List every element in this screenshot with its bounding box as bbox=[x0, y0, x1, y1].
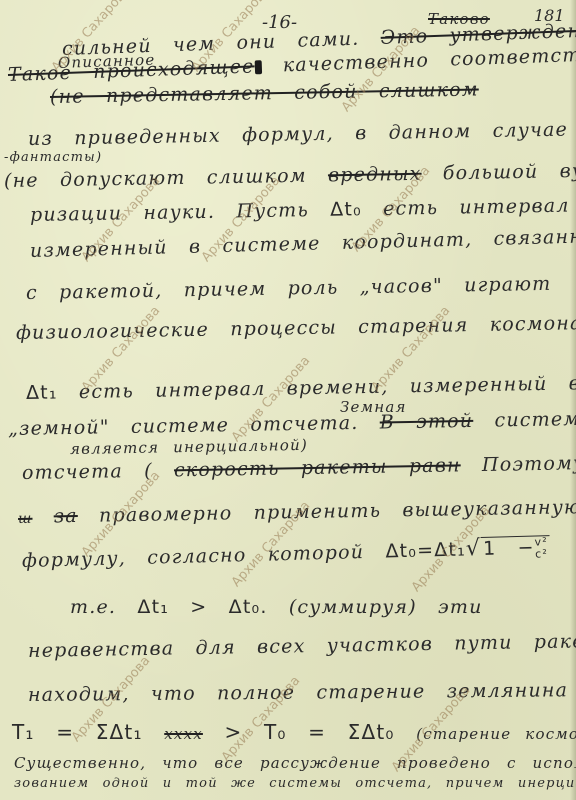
line-4: из приведенных формул, в данном случае а… bbox=[28, 117, 576, 150]
line-9: с ракетой, причем роль „часов" играют bbox=[26, 273, 552, 304]
manuscript-page: -16- Таково 181 сильней чем они сами. Эт… bbox=[0, 0, 576, 800]
line-13-insert: является инерциальной) bbox=[70, 436, 308, 458]
line-2-struck: Такое происходящее bbox=[8, 55, 255, 86]
line-13-tail: Поэтому bbox=[482, 452, 576, 476]
fraction: v²c² bbox=[534, 536, 548, 560]
line-5-margin: -фантасты) bbox=[4, 150, 102, 165]
line-16-tail: (суммируя) эти bbox=[289, 596, 483, 618]
line-13-struck: скорость ракеты равн bbox=[174, 454, 461, 481]
line-3: (не представляет собой слишком bbox=[50, 79, 479, 108]
line-19-math: T₁ = ΣΔt₁ bbox=[12, 720, 143, 744]
line-16: т.е. Δt₁ > Δt₀. (суммируя) эти bbox=[70, 596, 483, 618]
line-7-text: ризации науки. Пусть bbox=[30, 199, 309, 226]
frac-den: c² bbox=[535, 548, 549, 560]
line-6-struck: вредных bbox=[328, 163, 422, 187]
line-12-struck: В этой bbox=[380, 410, 474, 434]
line-14-scribble: ш bbox=[18, 511, 33, 527]
formula-lhs: Δt₀ bbox=[385, 540, 417, 563]
sqrt-body: 1 −v²c² bbox=[481, 535, 551, 560]
line-11: Δt₁ есть интервал времени, измеренный в bbox=[26, 372, 576, 404]
line-10: физиологические процессы старения космон… bbox=[16, 311, 576, 344]
line-19: T₁ = ΣΔt₁ хххх > T₀ = ΣΔt₀ (старение кос… bbox=[12, 720, 576, 744]
line-20: Существенно, что все рассуждение проведе… bbox=[14, 754, 576, 772]
line-19-math-tail: > T₀ = ΣΔt₀ bbox=[224, 720, 394, 744]
line-19-struck: хххх bbox=[164, 725, 203, 743]
formula-rhs: Δt₁ bbox=[434, 538, 466, 561]
line-6-tail: большой вульга- bbox=[443, 159, 576, 184]
line-11-text: есть интервал времени, измеренный в bbox=[79, 372, 576, 403]
line-8: измеренный в системе координат, связанно… bbox=[30, 225, 576, 262]
line-7-math: Δt₀ bbox=[330, 198, 362, 221]
line-14-struck: за bbox=[54, 505, 78, 527]
line-18: находим, что полное старение землянина bbox=[28, 679, 568, 706]
line-11-math: Δt₁ bbox=[26, 381, 58, 404]
line-19-tail: (старение космонавта) bbox=[416, 725, 576, 743]
line-15: формулу, согласно которой Δt₀=Δt₁√1 −v²c… bbox=[22, 534, 551, 573]
line-15-text: формулу, согласно которой bbox=[22, 541, 365, 572]
line-21: зованием одной и той же системы отсчета,… bbox=[14, 776, 576, 791]
sqrt-body-text: 1 − bbox=[483, 537, 535, 560]
line-13-text: отсчета ( bbox=[22, 460, 153, 484]
frac-num: v² bbox=[534, 536, 548, 548]
line-16-text: т.е. bbox=[70, 596, 116, 618]
line-12-tail: система bbox=[494, 408, 576, 432]
ink-blot bbox=[254, 60, 261, 74]
line-7: ризации науки. Пусть Δt₀ есть интервал в… bbox=[30, 193, 576, 226]
line-17: неравенства для всех участков пути ракет… bbox=[28, 630, 576, 662]
line-14: ш за правомерно применить вышеуказанную bbox=[18, 496, 576, 528]
time-dilation-formula: Δt₀=Δt₁√1 −v²c² bbox=[385, 536, 550, 562]
line-7-tail: есть интервал времени bbox=[383, 193, 576, 220]
line-6-head: (не допускают слишком bbox=[4, 165, 307, 192]
sqrt-sign: √ bbox=[466, 536, 482, 561]
line-16-math: Δt₁ > Δt₀. bbox=[137, 596, 267, 618]
line-14-text: правомерно применить вышеуказанную bbox=[99, 496, 576, 526]
